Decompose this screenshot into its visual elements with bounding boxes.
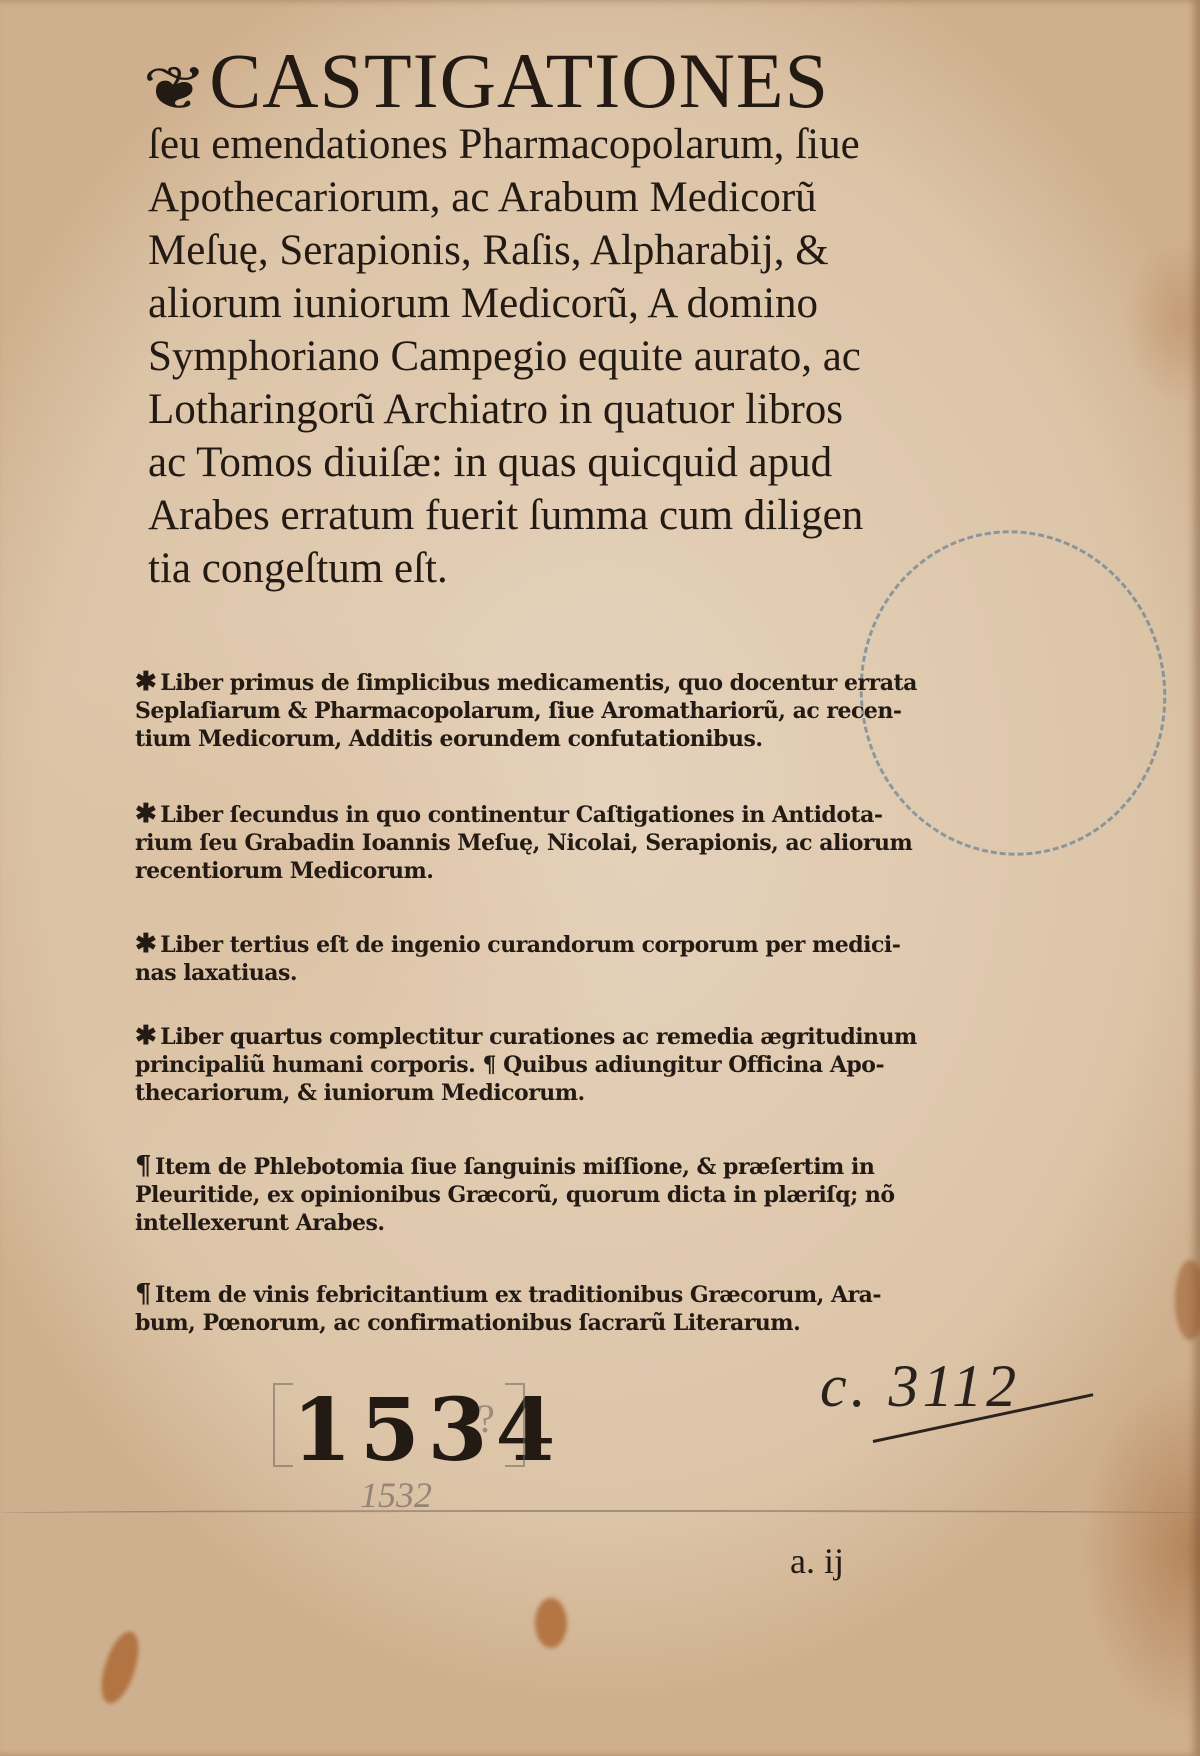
signature-mark: a. ij [790,1540,844,1582]
section-line: Liber tertius eſt de ingenio curandorum … [160,932,900,958]
section-line: rium ſeu Grabadin Ioannis Meſuę, Nicolai… [135,829,1015,857]
subtitle-line: tia congeſtum eſt. [148,542,1028,595]
title-text: CASTIGATIONES [209,37,829,124]
title-page: ❦CASTIGATIONES ſeu emendationes Pharmaco… [0,0,1200,1756]
subtitle-line: Apothecariorum, ac Arabum Medicorũ [148,171,1028,224]
subtitle-line: Meſuę, Serapionis, Raſis, Alpharabij, & [148,224,1028,277]
foxing-stain [94,1627,146,1708]
subtitle-line: ſeu emendationes Pharmacopolarum, ſiue [148,118,1028,171]
section-line: Pleuritide, ex opinionibus Græcorũ, quor… [135,1181,1015,1209]
asterisk-icon: ✱ [135,929,156,959]
paper-tear-line [0,1510,1200,1518]
subtitle-line: ac Tomos diuiſæ: in quas quicquid apud [148,436,1028,489]
section-line: intellexerunt Arabes. [135,1209,1015,1237]
subtitle-line: Symphoriano Campegio equite aurato, ac [148,330,1028,383]
asterisk-icon: ✱ [135,1021,156,1051]
section-line: Item de Phlebotomia ſiue ſanguinis miſſi… [155,1154,874,1180]
asterisk-icon: ✱ [135,667,156,697]
section-line: Liber primus de ſimplicibus medicamentis… [160,670,917,696]
section-line: Seplaſiarum & Pharmacopolarum, ſiue Arom… [135,697,1015,725]
section-line: Item de vinis febricitantium ex traditio… [155,1282,881,1308]
section-liber-tertius: ✱Liber tertius eſt de ingenio curandorum… [135,930,1015,987]
section-phlebotomia: ¶Item de Phlebotomia ſiue ſanguinis miſſ… [135,1152,1015,1237]
section-line: Liber quartus complectitur curationes ac… [160,1024,917,1050]
section-line: thecariorum, & iuniorum Medicorum. [135,1079,1015,1107]
pilcrow-icon: ¶ [135,1151,151,1181]
foxing-stain [1175,1260,1200,1340]
section-line: bum, Pœnorum, ac confirmationibus ſacrar… [135,1309,1015,1337]
section-line: nas laxatiuas. [135,959,1015,987]
subtitle-line: Arabes erratum fuerit ſumma cum diligen [148,489,1028,542]
section-liber-primus: ✱Liber primus de ſimplicibus medicamenti… [135,668,1015,753]
section-liber-quartus: ✱Liber quartus complectitur curationes a… [135,1022,1015,1107]
foxing-stain [535,1598,567,1648]
section-line: tium Medicorum, Additis eorundem confuta… [135,725,1015,753]
section-line: principaliũ humani corporis. ¶ Quibus ad… [135,1051,1015,1079]
year-query: ? [477,1395,495,1442]
section-line: recentiorum Medicorum. [135,857,1015,885]
section-liber-secundus: ✱Liber ſecundus in quo continentur Caſti… [135,800,1015,885]
shelfmark: c. 3112 [820,1352,1020,1421]
bracket-right [505,1383,525,1467]
subtitle-line: Lotharingorũ Archiatro in quatuor libros [148,383,1028,436]
fleuron-icon: ❦ [142,59,209,119]
asterisk-icon: ✱ [135,799,156,829]
subtitle-block: ſeu emendationes Pharmacopolarum, ſiue A… [148,118,1028,595]
subtitle-line: aliorum iuniorum Medicorũ, A domino [148,277,1028,330]
section-de-vinis: ¶Item de vinis febricitantium ex traditi… [135,1280,1015,1337]
page-title: ❦CASTIGATIONES [150,42,1030,120]
bracket-left [273,1383,293,1467]
pilcrow-icon: ¶ [135,1279,151,1309]
section-line: Liber ſecundus in quo continentur Caſtig… [160,802,882,828]
